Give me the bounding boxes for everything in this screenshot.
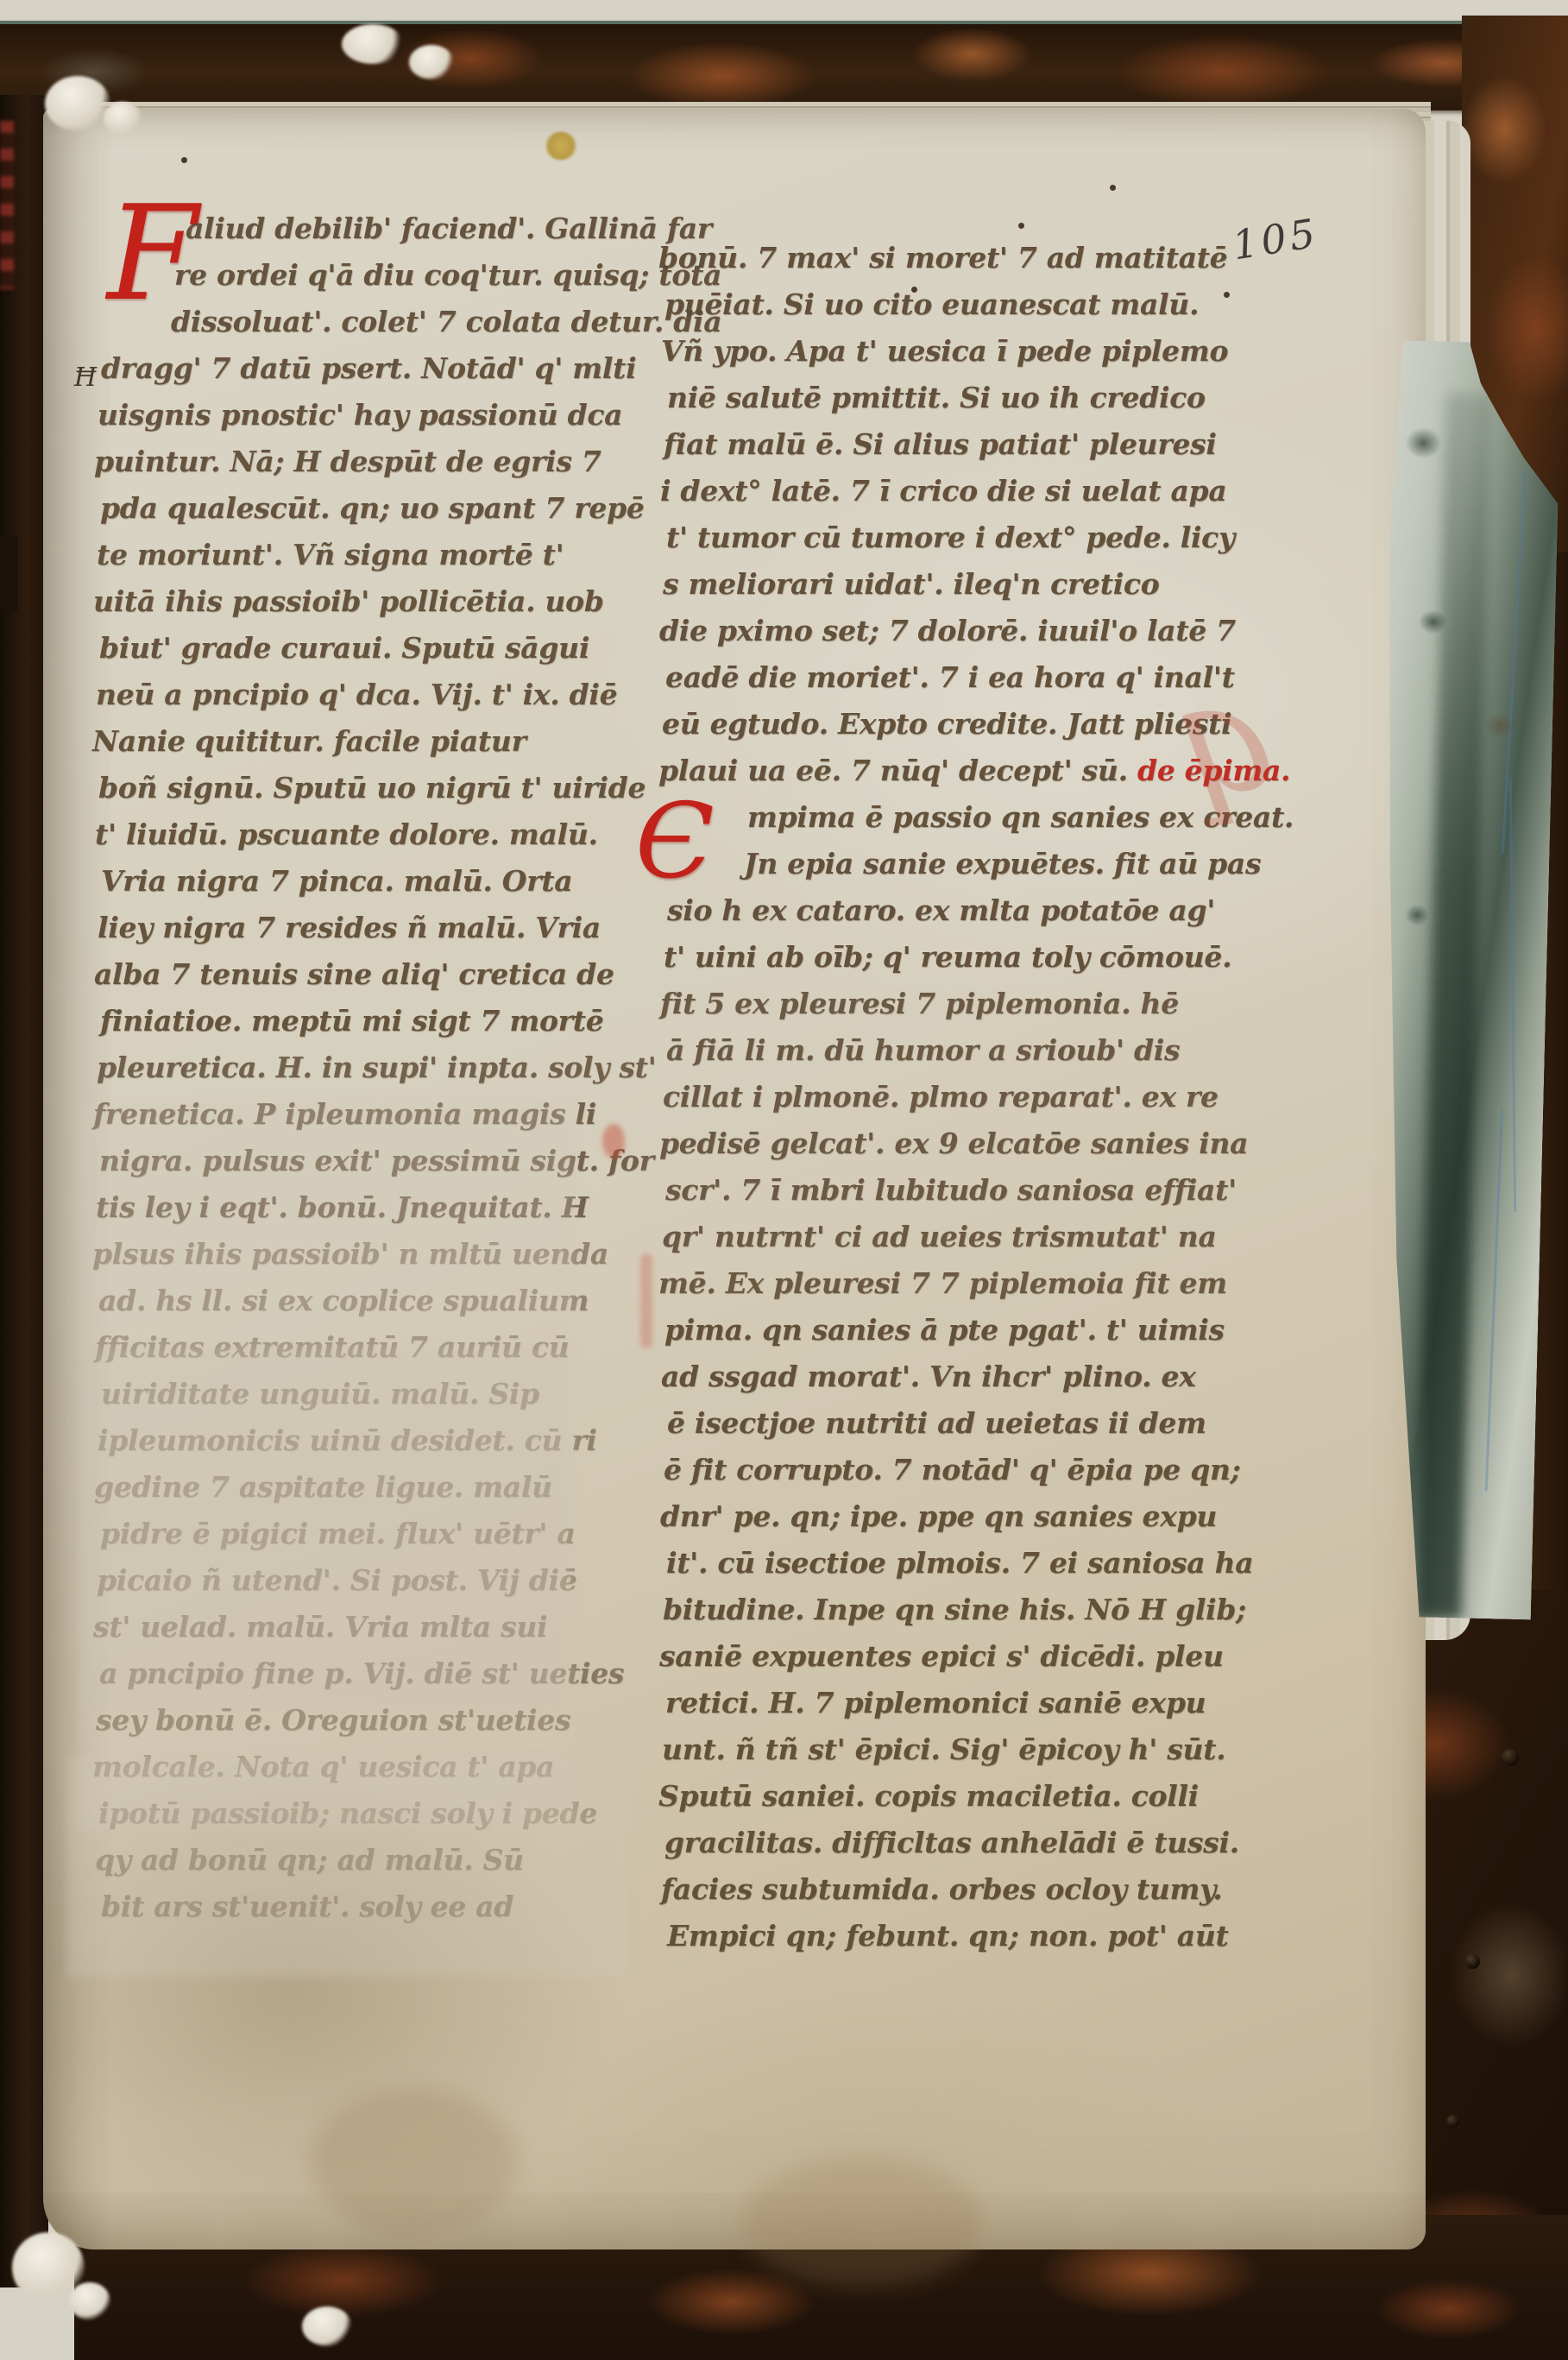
right-column-line-8: s meliorari uidat'. ileq'n cretico xyxy=(663,561,1258,608)
right-column-line-14: Jn epia sanie expuētes. fit aū pas xyxy=(661,841,1258,887)
right-column-line-25: ad ssgad morat'. Vn ihcr' plino. ex xyxy=(661,1354,1258,1400)
wax-blob xyxy=(342,24,404,64)
binding-nail xyxy=(1465,1954,1480,1969)
right-column-line-21: scr'. 7 ī mbri lubitudo saniosa effiat' xyxy=(665,1167,1258,1214)
clasp-scratch xyxy=(1508,777,1515,1211)
ink-speck xyxy=(181,157,187,163)
binding-nail xyxy=(1446,2115,1459,2128)
photo-scene: 105 F Є aliud debilib' faciend'. Gallinā… xyxy=(0,0,1568,2360)
edge-red-offset xyxy=(0,121,14,289)
ink-speck xyxy=(1018,223,1024,229)
right-column-line-24: pima. qn sanies ā pte pgat'. t' uimis xyxy=(664,1307,1258,1354)
parchment-stain xyxy=(544,131,578,161)
parchment-stain xyxy=(311,2089,518,2236)
right-column-line-23: mē. Ex pleuresi 7 7 piplemoia fit em xyxy=(658,1260,1258,1307)
left-column-line-15: Vria nigra 7 pinca. malū. Orta xyxy=(101,858,692,905)
right-column-line-18: ā fiā li m. dū humor a srioub' dis xyxy=(666,1027,1258,1074)
right-column-line-1: bonū. 7 max' si moret' 7 ad matitatē xyxy=(658,235,1258,281)
binding-edge-left xyxy=(0,95,48,2287)
left-column-line-5: uisgnis pnostic' hay passionū dca xyxy=(98,392,692,439)
right-column-line-33: unt. ñ tñ st' ēpici. Sig' ēpicoy h' sūt. xyxy=(662,1726,1258,1773)
left-column-line-3: dissoluat'. colet' 7 colata detur. dia xyxy=(95,299,692,345)
red-fleck xyxy=(602,1124,625,1158)
parchment-stain xyxy=(742,2158,984,2287)
right-column-line-11: eū egtudo. Expto credite. Jatt pliesti xyxy=(662,701,1258,748)
left-column-line-8: te moriunt'. Vñ signa mortē t' xyxy=(97,532,692,578)
right-column-line-36: facies subtumida. orbes ocloy tumy. xyxy=(661,1866,1258,1913)
right-column-line-27: ē fit corrupto. 7 notād' q' ēpia pe qn; xyxy=(664,1447,1258,1493)
right-column-line-20: pedisē gelcat'. ex 9 elcatōe sanies ina xyxy=(659,1120,1258,1167)
right-column-line-9: die pximo set; 7 dolorē. iuuil'o latē 7 xyxy=(659,608,1258,654)
right-column-line-4: niē salutē pmittit. Si uo ih credico xyxy=(667,375,1258,421)
left-column-line-11: neū a pncipio q' dca. Vij. t' ix. diē xyxy=(96,672,692,718)
binding-nail xyxy=(1502,1749,1519,1766)
left-column-line-7: pda qualescūt. qn; uo spant 7 repē xyxy=(100,485,692,532)
worn-text-patch xyxy=(67,1757,628,1977)
left-column-line-2: re ordei q'ā diu coq'tur. quisq; tota xyxy=(98,252,692,299)
right-text-column: bonū. 7 max' si moret' 7 ad matitatēpuēi… xyxy=(663,235,1258,1959)
wax-blob xyxy=(69,2282,110,2320)
left-column-line-1: aliud debilib' faciend'. Gallinā far xyxy=(92,205,692,252)
left-column-line-9: uitā ihis passioib' pollicētia. uob xyxy=(93,578,692,625)
right-column-line-29: it'. cū isectioe plmois. 7 ei saniosa ha xyxy=(666,1540,1258,1587)
worn-text-patch xyxy=(79,1101,576,1830)
right-column-line-30: bitudine. Inpe qn sine his. Nō H glib; xyxy=(663,1587,1258,1633)
left-column-line-18: finiatioe. meptū mi sigt 7 mortē xyxy=(100,998,692,1044)
left-column-line-13: boñ signū. Sputū uo nigrū t' uiride xyxy=(98,765,692,811)
right-column-line-31: saniē expuentes epici s' dicēdi. pleu xyxy=(659,1633,1258,1680)
right-column-line-19: cillat i plmonē. plmo reparat'. ex re xyxy=(663,1074,1258,1120)
clasp-tarnish-streak xyxy=(1416,393,1491,1619)
right-column-line-34: Sputū saniei. copis maciletia. colli xyxy=(658,1773,1258,1820)
right-column-line-12: plaui ua eē. 7 nūq' decept' sū. de ēpima… xyxy=(658,748,1258,794)
right-column-line-3: Vñ ypo. Apa t' uesica ī pede piplemo xyxy=(661,328,1258,375)
wax-blob xyxy=(45,76,110,131)
right-column-line-5: fiat malū ē. Si alius patiat' pleuresi xyxy=(664,421,1258,468)
left-column-line-6: puintur. Nā; H despūt de egris 7 xyxy=(94,439,692,485)
left-column-line-16: liey nigra 7 resides ñ malū. Vria xyxy=(98,905,692,951)
left-column-line-12: Nanie quititur. facile piatur xyxy=(92,718,692,765)
right-column-line-28: dnr' pe. qn; ipe. ppe qn sanies expu xyxy=(660,1493,1258,1540)
left-column-line-19: pleuretica. H. in supi' inpta. soly st' xyxy=(97,1044,692,1091)
right-column-line-32: retici. H. 7 piplemonici saniē expu xyxy=(665,1680,1258,1726)
left-column-line-17: alba 7 tenuis sine aliq' cretica de xyxy=(94,951,692,998)
right-column-line-15: sio h ex cataro. ex mlta potatōe ag' xyxy=(667,887,1258,934)
right-column-line-2: puēiat. Si uo cito euanescat malū. xyxy=(664,281,1258,328)
wax-blob xyxy=(302,2306,352,2346)
marginal-mark: Ħ xyxy=(74,363,97,393)
edge-dark-mark xyxy=(0,535,18,611)
right-column-line-16: t' uini ab oīb; q' reuma toly cōmouē. xyxy=(664,934,1258,981)
right-column-line-13: mpima ē passio qn sanies ex creat. xyxy=(664,794,1258,841)
left-column-line-10: biut' grade curaui. Sputū sāgui xyxy=(99,625,692,672)
binding-edge-top xyxy=(0,21,1568,110)
right-column-line-35: gracilitas. difficltas anhelādi ē tussi. xyxy=(664,1820,1258,1866)
clasp-scratch xyxy=(1501,471,1526,854)
right-column-line-17: fit 5 ex pleuresi 7 piplemonia. hē xyxy=(660,981,1258,1027)
right-column-line-7: t' tumor cū tumore i dext° pede. licy xyxy=(666,514,1258,561)
wax-blob xyxy=(409,45,454,79)
ink-speck xyxy=(1110,185,1116,191)
right-column-line-37: Empici qn; febunt. qn; non. pot' aūt xyxy=(667,1913,1258,1959)
clasp-scratch xyxy=(1485,1108,1504,1491)
wax-blob xyxy=(104,102,142,135)
left-column-line-14: t' liuidū. pscuante dolore. malū. xyxy=(95,811,692,858)
right-column-line-6: i dext° latē. 7 ī crico die si uelat apa xyxy=(660,468,1258,514)
right-column-line-26: ē isectjoe nutriti ad ueietas ii dem xyxy=(667,1400,1258,1447)
red-fleck xyxy=(640,1253,652,1348)
right-column-line-22: qr' nutrnt' ci ad ueies trismutat' na xyxy=(662,1214,1258,1260)
left-column-line-4: dragg' 7 datū psert. Notād' q' mlti xyxy=(101,345,692,392)
